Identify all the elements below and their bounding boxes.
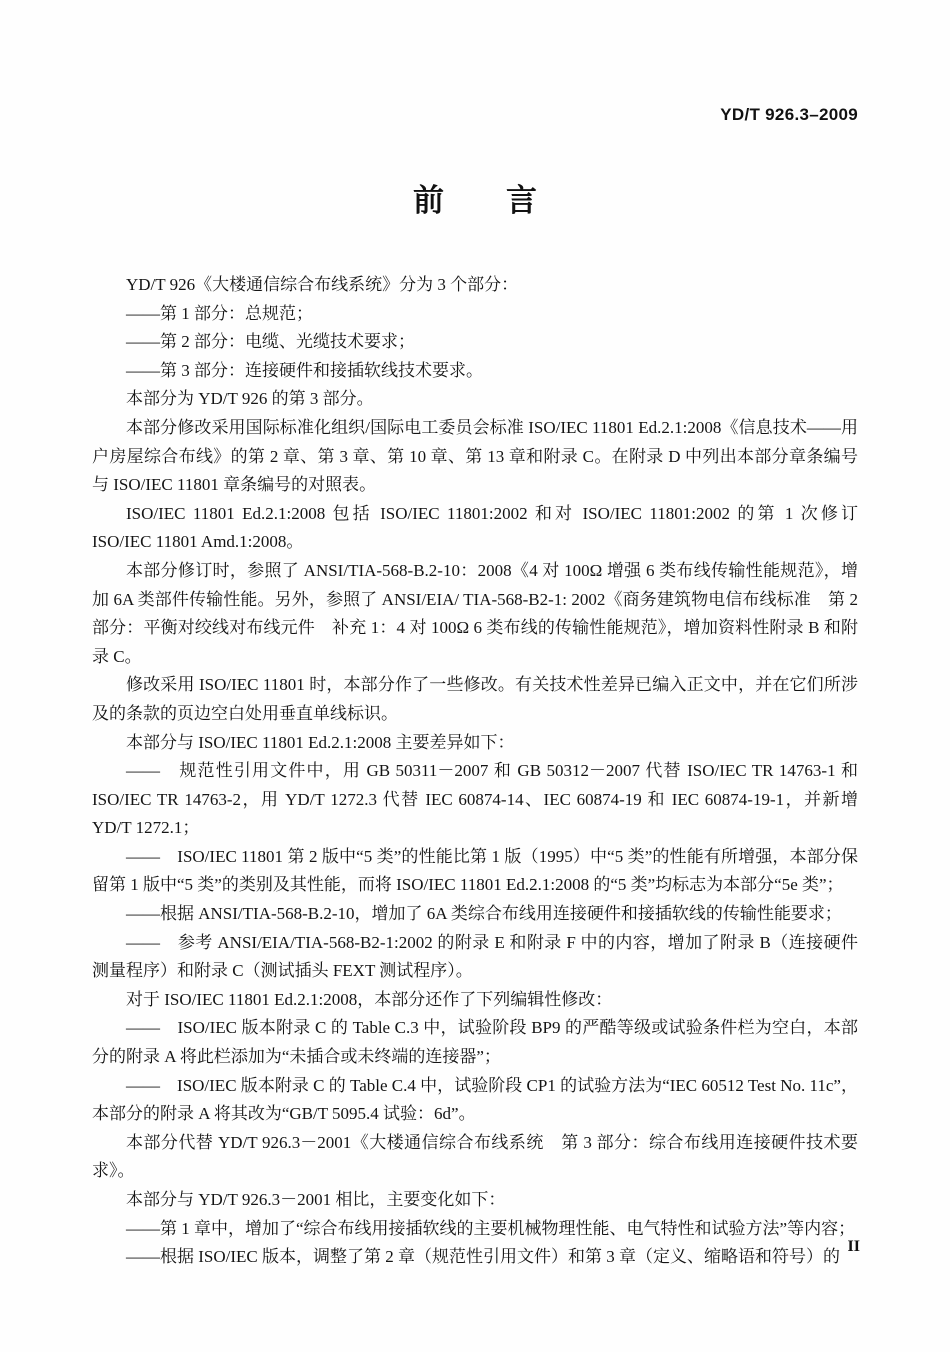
paragraph: —— ISO/IEC 版本附录 C 的 Table C.3 中，试验阶段 BP9… [92, 1014, 858, 1071]
standard-number: YD/T 926.3–2009 [720, 105, 858, 125]
paragraph: 对于 ISO/IEC 11801 Ed.2.1:2008，本部分还作了下列编辑性… [92, 986, 858, 1015]
page-title: 前 言 [0, 184, 950, 218]
paragraph: —— ISO/IEC 11801 第 2 版中“5 类”的性能比第 1 版（19… [92, 843, 858, 900]
paragraph: 修改采用 ISO/IEC 11801 时，本部分作了一些修改。有关技术性差异已编… [92, 671, 858, 728]
paragraph: 本部分修订时，参照了 ANSI/TIA-568-B.2-10：2008《4 对 … [92, 557, 858, 671]
paragraph: 本部分与 YD/T 926.3－2001 相比，主要变化如下： [92, 1186, 858, 1215]
paragraph: ——第 2 部分：电缆、光缆技术要求； [92, 328, 858, 357]
paragraph: ——根据 ISO/IEC 版本，调整了第 2 章（规范性引用文件）和第 3 章（… [92, 1243, 858, 1272]
paragraph: 本部分代替 YD/T 926.3－2001《大楼通信综合布线系统 第 3 部分：… [92, 1129, 858, 1186]
paragraph: 本部分与 ISO/IEC 11801 Ed.2.1:2008 主要差异如下： [92, 729, 858, 758]
paragraph: ——第 1 部分：总规范； [92, 300, 858, 329]
document-page: YD/T 926.3–2009 前 言 YD/T 926《大楼通信综合布线系统》… [0, 0, 950, 1352]
paragraph: 本部分为 YD/T 926 的第 3 部分。 [92, 385, 858, 414]
foreword-body: YD/T 926《大楼通信综合布线系统》分为 3 个部分： ——第 1 部分：总… [92, 271, 858, 1272]
paragraph: ISO/IEC 11801 Ed.2.1:2008 包括 ISO/IEC 118… [92, 500, 858, 557]
paragraph: ——根据 ANSI/TIA-568-B.2-10，增加了 6A 类综合布线用连接… [92, 900, 858, 929]
paragraph: —— ISO/IEC 版本附录 C 的 Table C.4 中，试验阶段 CP1… [92, 1072, 858, 1129]
page-number: II [848, 1238, 860, 1256]
paragraph: ——第 3 部分：连接硬件和接插软线技术要求。 [92, 357, 858, 386]
paragraph: ——第 1 章中，增加了“综合布线用接插软线的主要机械物理性能、电气特性和试验方… [92, 1215, 858, 1244]
paragraph: YD/T 926《大楼通信综合布线系统》分为 3 个部分： [92, 271, 858, 300]
paragraph: —— 参考 ANSI/EIA/TIA-568-B2-1:2002 的附录 E 和… [92, 929, 858, 986]
paragraph: 本部分修改采用国际标准化组织/国际电工委员会标准 ISO/IEC 11801 E… [92, 414, 858, 500]
paragraph: —— 规范性引用文件中，用 GB 50311－2007 和 GB 50312－2… [92, 757, 858, 843]
